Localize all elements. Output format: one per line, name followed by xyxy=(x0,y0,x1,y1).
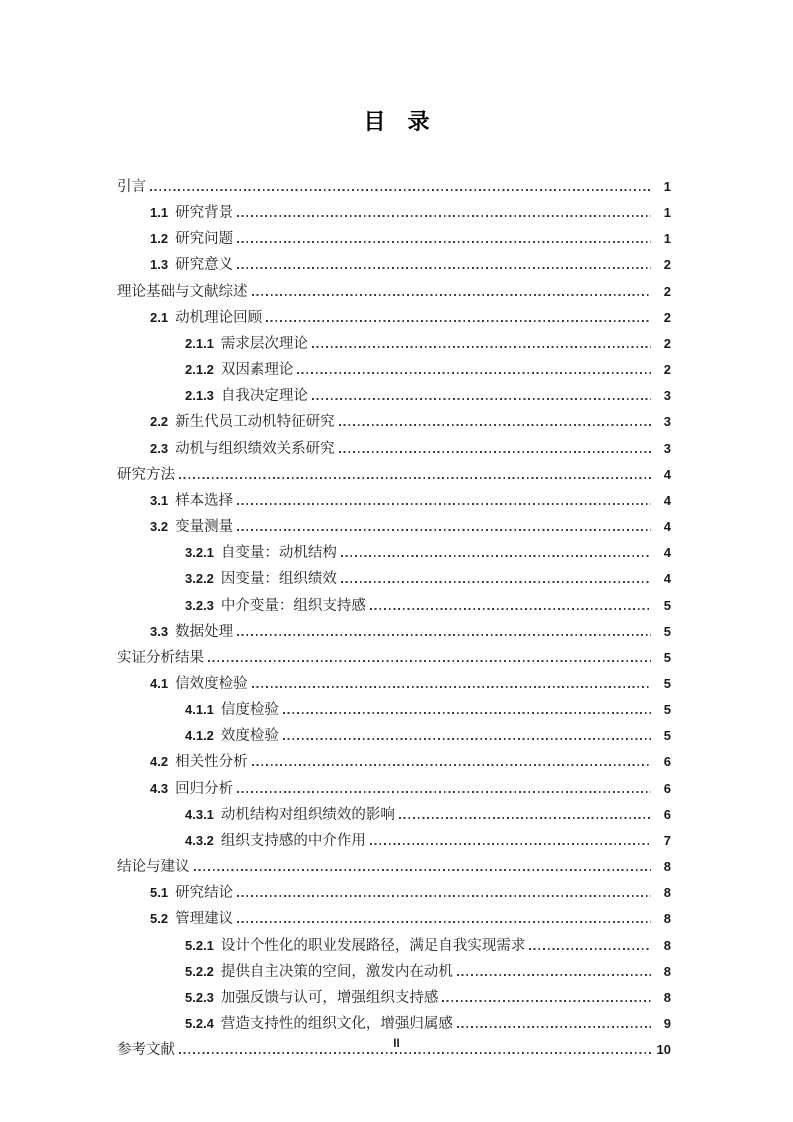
toc-entry-number: 5.2.1 xyxy=(185,933,214,958)
toc-entry[interactable]: 5.1研究结论8 xyxy=(117,880,671,906)
dot-leader xyxy=(341,581,651,583)
toc-entry-page: 2 xyxy=(656,279,671,304)
toc-entry-page: 8 xyxy=(656,959,671,984)
dot-leader xyxy=(339,424,651,426)
toc-entry-number: 2.1.3 xyxy=(185,383,214,408)
toc-entry[interactable]: 4.2相关性分析6 xyxy=(117,749,671,775)
toc-entry-page: 2 xyxy=(656,331,671,356)
toc-entry-label: 实证分析结果 xyxy=(117,646,204,671)
toc-entry-label: 研究结论 xyxy=(175,881,233,906)
dot-leader xyxy=(339,451,651,453)
toc-entry[interactable]: 2.3动机与组织绩效关系研究3 xyxy=(117,436,671,462)
toc-entry-page: 8 xyxy=(656,985,671,1010)
dot-leader xyxy=(194,869,652,871)
toc-entry-page: 3 xyxy=(656,409,671,434)
toc-entry-page: 3 xyxy=(656,436,671,461)
toc-entry-label: 研究意义 xyxy=(175,253,233,278)
toc-entry-page: 6 xyxy=(656,776,671,801)
dot-leader xyxy=(237,791,651,793)
toc-entry-number: 3.1 xyxy=(150,488,168,513)
toc-entry-label: 研究问题 xyxy=(175,227,233,252)
toc-entry-label: 加强反馈与认可，增强组织支持感 xyxy=(221,986,439,1011)
toc-entry-number: 4.3.2 xyxy=(185,828,214,853)
toc-entry-number: 2.3 xyxy=(150,436,168,461)
toc-entry[interactable]: 2.1.2双因素理论2 xyxy=(117,357,671,383)
toc-entry-number: 5.1 xyxy=(150,880,168,905)
toc-entry-page: 9 xyxy=(656,1011,671,1036)
toc-entry-label: 相关性分析 xyxy=(175,750,248,775)
toc-entry[interactable]: 4.3.2组织支持感的中介作用7 xyxy=(117,828,671,854)
dot-leader xyxy=(179,1052,651,1054)
dot-leader xyxy=(237,634,651,636)
dot-leader xyxy=(237,529,651,531)
toc-entry-label: 引言 xyxy=(117,175,146,200)
dot-leader xyxy=(237,503,651,505)
toc-entry-label: 因变量：组织绩效 xyxy=(221,567,337,592)
toc-entry-page: 1 xyxy=(656,174,671,199)
toc-entry[interactable]: 5.2管理建议8 xyxy=(117,906,671,932)
toc-entry[interactable]: 5.2.4营造支持性的组织文化，增强归属感9 xyxy=(117,1011,671,1037)
dot-leader xyxy=(237,241,651,243)
toc-entry-label: 自变量：动机结构 xyxy=(221,541,337,566)
dot-leader xyxy=(283,738,651,740)
toc-entry-number: 2.1.1 xyxy=(185,331,214,356)
toc-entry-number: 4.1 xyxy=(150,671,168,696)
toc-entry-page: 8 xyxy=(656,933,671,958)
toc-entry[interactable]: 4.1.1信度检验5 xyxy=(117,697,671,723)
toc-entry-label: 自我决定理论 xyxy=(221,384,308,409)
toc-entry-number: 3.2.3 xyxy=(185,593,214,618)
dot-leader xyxy=(150,189,651,191)
toc-entry[interactable]: 4.1信效度检验5 xyxy=(117,671,671,697)
table-of-contents: 引言11.1研究背景11.2研究问题11.3研究意义2理论基础与文献综述22.1… xyxy=(117,174,671,1063)
toc-entry-number: 3.3 xyxy=(150,619,168,644)
toc-entry-page: 8 xyxy=(656,880,671,905)
toc-entry-label: 研究背景 xyxy=(175,201,233,226)
page-title: 目 录 xyxy=(0,105,793,136)
dot-leader xyxy=(312,346,651,348)
toc-entry-page: 4 xyxy=(656,540,671,565)
dot-leader xyxy=(208,660,651,662)
toc-entry-page: 2 xyxy=(656,357,671,382)
dot-leader xyxy=(457,974,651,976)
toc-entry-label: 理论基础与文献综述 xyxy=(117,280,248,305)
toc-entry[interactable]: 1.3研究意义2 xyxy=(117,252,671,278)
toc-entry-page: 5 xyxy=(656,593,671,618)
dot-leader xyxy=(237,895,651,897)
toc-entry-number: 4.1.2 xyxy=(185,723,214,748)
toc-entry-number: 3.2.2 xyxy=(185,566,214,591)
toc-entry-label: 组织支持感的中介作用 xyxy=(221,829,366,854)
toc-entry-number: 1.3 xyxy=(150,252,168,277)
toc-entry-label: 结论与建议 xyxy=(117,855,190,880)
toc-entry-label: 设计个性化的职业发展路径，满足自我实现需求 xyxy=(221,934,526,959)
toc-entry-label: 信效度检验 xyxy=(175,672,248,697)
dot-leader xyxy=(266,320,651,322)
dot-leader xyxy=(179,477,651,479)
dot-leader xyxy=(237,215,651,217)
toc-entry-page: 1 xyxy=(656,226,671,251)
toc-entry[interactable]: 5.2.3加强反馈与认可，增强组织支持感8 xyxy=(117,985,671,1011)
toc-entry-page: 2 xyxy=(656,252,671,277)
toc-entry-page: 3 xyxy=(656,383,671,408)
toc-entry-label: 变量测量 xyxy=(175,515,233,540)
dot-leader xyxy=(399,817,651,819)
toc-entry[interactable]: 1.2研究问题1 xyxy=(117,226,671,252)
page-footer: II xyxy=(0,1038,793,1050)
dot-leader xyxy=(252,686,651,688)
toc-entry-label: 回归分析 xyxy=(175,777,233,802)
toc-entry-page: 6 xyxy=(656,749,671,774)
toc-entry[interactable]: 3.2.3中介变量：组织支持感5 xyxy=(117,593,671,619)
toc-entry-number: 5.2.3 xyxy=(185,985,214,1010)
toc-entry-label: 中介变量：组织支持感 xyxy=(221,594,366,619)
toc-entry-label: 双因素理论 xyxy=(221,358,294,383)
toc-entry-page: 6 xyxy=(656,802,671,827)
toc-entry-number: 4.3 xyxy=(150,776,168,801)
toc-entry-page: 4 xyxy=(656,566,671,591)
toc-entry[interactable]: 2.2新生代员工动机特征研究3 xyxy=(117,409,671,435)
toc-entry-number: 4.3.1 xyxy=(185,802,214,827)
toc-entry[interactable]: 4.1.2效度检验5 xyxy=(117,723,671,749)
toc-entry[interactable]: 1.1研究背景1 xyxy=(117,200,671,226)
toc-entry-number: 4.2 xyxy=(150,749,168,774)
toc-entry-label: 样本选择 xyxy=(175,489,233,514)
toc-entry-page: 5 xyxy=(656,723,671,748)
toc-entry-number: 5.2.4 xyxy=(185,1011,214,1036)
toc-entry-number: 3.2.1 xyxy=(185,540,214,565)
toc-entry-number: 2.1.2 xyxy=(185,357,214,382)
toc-entry[interactable]: 3.2.1自变量：动机结构4 xyxy=(117,540,671,566)
document-page: 目 录 引言11.1研究背景11.2研究问题11.3研究意义2理论基础与文献综述… xyxy=(0,0,793,1122)
toc-entry-page: 8 xyxy=(656,854,671,879)
toc-entry-number: 5.2 xyxy=(150,906,168,931)
dot-leader xyxy=(312,398,651,400)
toc-entry-label: 需求层次理论 xyxy=(221,332,308,357)
dot-leader xyxy=(252,764,651,766)
toc-entry-label: 营造支持性的组织文化，增强归属感 xyxy=(221,1012,453,1037)
toc-entry[interactable]: 结论与建议8 xyxy=(117,854,671,880)
toc-entry-label: 提供自主决策的空间，激发内在动机 xyxy=(221,960,453,985)
toc-entry[interactable]: 5.2.1设计个性化的职业发展路径，满足自我实现需求8 xyxy=(117,933,671,959)
toc-entry[interactable]: 实证分析结果5 xyxy=(117,645,671,671)
toc-entry[interactable]: 研究方法4 xyxy=(117,462,671,488)
dot-leader xyxy=(237,267,651,269)
toc-entry-number: 2.2 xyxy=(150,409,168,434)
toc-entry-number: 3.2 xyxy=(150,514,168,539)
toc-entry-page: 5 xyxy=(656,619,671,644)
toc-entry[interactable]: 3.3数据处理5 xyxy=(117,619,671,645)
toc-entry-page: 4 xyxy=(656,488,671,513)
toc-entry-page: 5 xyxy=(656,671,671,696)
page-number: II xyxy=(393,1038,399,1050)
toc-entry-page: 4 xyxy=(656,514,671,539)
toc-entry-label: 效度检验 xyxy=(221,724,279,749)
toc-entry[interactable]: 3.2.2因变量：组织绩效4 xyxy=(117,566,671,592)
dot-leader xyxy=(297,372,651,374)
toc-entry-number: 2.1 xyxy=(150,305,168,330)
dot-leader xyxy=(283,712,651,714)
toc-entry[interactable]: 引言1 xyxy=(117,174,671,200)
toc-entry-page: 7 xyxy=(656,828,671,853)
toc-entry-label: 动机结构对组织绩效的影响 xyxy=(221,803,395,828)
dot-leader xyxy=(237,921,651,923)
dot-leader xyxy=(370,608,651,610)
toc-entry-label: 研究方法 xyxy=(117,463,175,488)
toc-entry-page: 4 xyxy=(656,462,671,487)
toc-entry-label: 管理建议 xyxy=(175,907,233,932)
dot-leader xyxy=(341,555,651,557)
toc-entry-number: 5.2.2 xyxy=(185,959,214,984)
dot-leader xyxy=(529,948,651,950)
toc-entry-number: 1.1 xyxy=(150,200,168,225)
toc-entry-number: 4.1.1 xyxy=(185,697,214,722)
toc-entry-label: 数据处理 xyxy=(175,620,233,645)
toc-entry[interactable]: 2.1动机理论回顾2 xyxy=(117,305,671,331)
dot-leader xyxy=(370,843,651,845)
toc-entry[interactable]: 3.2变量测量4 xyxy=(117,514,671,540)
toc-entry[interactable]: 5.2.2提供自主决策的空间，激发内在动机8 xyxy=(117,959,671,985)
dot-leader xyxy=(457,1026,651,1028)
dot-leader xyxy=(442,1000,651,1002)
toc-entry[interactable]: 4.3.1动机结构对组织绩效的影响6 xyxy=(117,802,671,828)
toc-entry[interactable]: 2.1.1需求层次理论2 xyxy=(117,331,671,357)
toc-entry-label: 信度检验 xyxy=(221,698,279,723)
toc-entry-label: 动机与组织绩效关系研究 xyxy=(175,437,335,462)
toc-entry[interactable]: 3.1样本选择4 xyxy=(117,488,671,514)
toc-entry[interactable]: 4.3回归分析6 xyxy=(117,776,671,802)
toc-entry-label: 动机理论回顾 xyxy=(175,306,262,331)
toc-entry-number: 1.2 xyxy=(150,226,168,251)
toc-entry-page: 8 xyxy=(656,906,671,931)
toc-entry-label: 新生代员工动机特征研究 xyxy=(175,410,335,435)
toc-entry-page: 5 xyxy=(656,697,671,722)
toc-entry-page: 2 xyxy=(656,305,671,330)
toc-entry[interactable]: 2.1.3自我决定理论3 xyxy=(117,383,671,409)
toc-entry[interactable]: 理论基础与文献综述2 xyxy=(117,279,671,305)
toc-entry-page: 5 xyxy=(656,645,671,670)
dot-leader xyxy=(252,294,652,296)
toc-entry-page: 1 xyxy=(656,200,671,225)
